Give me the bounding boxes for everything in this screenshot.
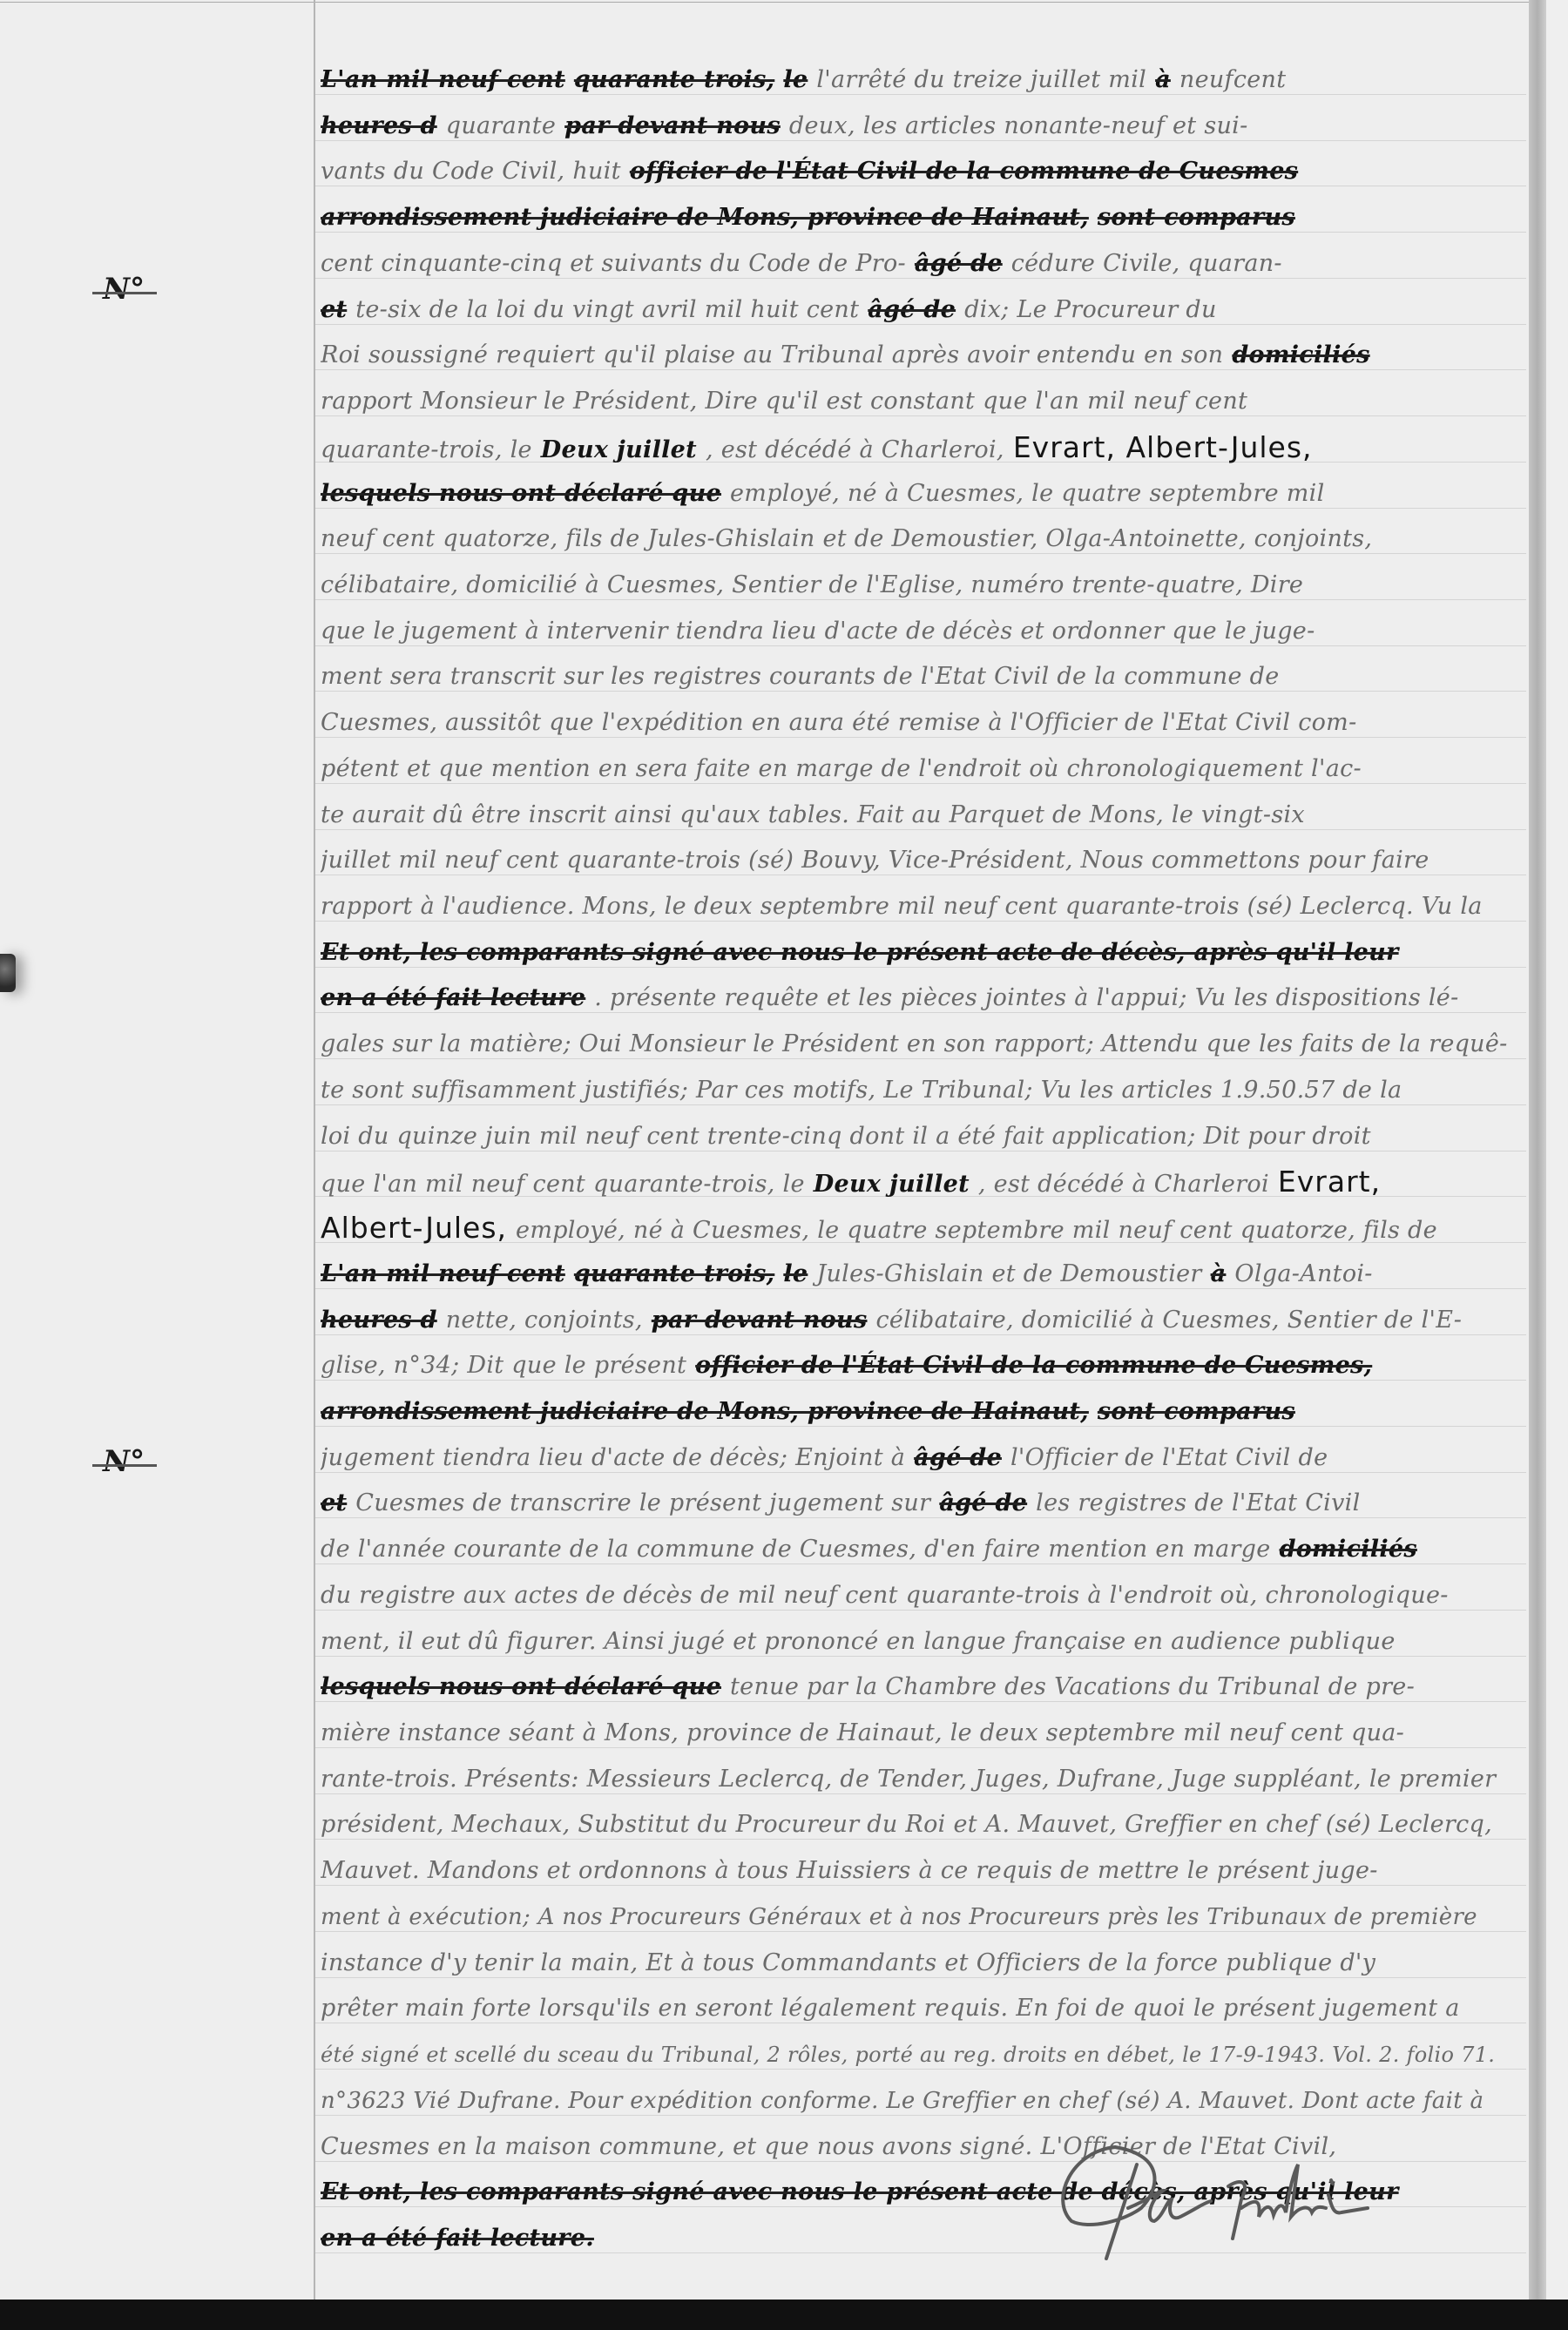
margin-rule — [314, 0, 315, 2300]
handwritten-text: te sont suffisamment justifiés; Par ces … — [321, 1077, 1402, 1104]
text-line: juillet mil neuf cent quarante-trois (sé… — [321, 834, 1527, 887]
struck-template-text: âgé de — [914, 1444, 1002, 1471]
handwritten-text: tenue par la Chambre des Vacations du Tr… — [730, 1673, 1415, 1700]
text-line: vants du Code Civil, huitofficier de l'É… — [321, 145, 1527, 198]
margin-number-label: N° — [103, 1444, 145, 1479]
handwritten-text: pétent et que mention en sera faite en m… — [321, 755, 1362, 782]
handwritten-text: n°3623 Vié Dufrane. Pour expédition conf… — [321, 2088, 1484, 2114]
handwritten-text: quarante-trois, le — [321, 436, 532, 463]
handwritten-text: ment, il eut dû figurer. Ainsi jugé et p… — [321, 1628, 1396, 1655]
text-line: président, Mechaux, Substitut du Procure… — [321, 1799, 1527, 1851]
death-date: Deux juillet — [541, 436, 697, 463]
struck-template-text: à — [1155, 66, 1171, 93]
struck-template-text: âgé de — [868, 296, 956, 323]
text-line: pétent et que mention en sera faite en m… — [321, 743, 1527, 795]
text-line: ment sera transcrit sur les registres co… — [321, 651, 1527, 703]
text-line: heures dnette, conjoints,par devant nous… — [321, 1294, 1527, 1347]
struck-template-text: heures d — [321, 112, 437, 139]
handwritten-text: , est décédé à Charleroi, — [706, 436, 1004, 463]
struck-template-text: et — [321, 1489, 347, 1516]
text-line: été signé et scellé du sceau du Tribunal… — [321, 2029, 1527, 2081]
text-line: célibataire, domicilié à Cuesmes, Sentie… — [321, 559, 1527, 611]
handwritten-text: Roi soussigné requiert qu'il plaise au T… — [321, 341, 1223, 368]
handwritten-text: l'Officier de l'Etat Civil de — [1010, 1444, 1328, 1471]
text-line: lesquels nous ont déclaré queemployé, né… — [321, 468, 1527, 520]
handwritten-text: Jules-Ghislain et de Demoustier — [816, 1260, 1201, 1287]
text-line: mière instance séant à Mons, province de… — [321, 1707, 1527, 1759]
handwritten-text: Cuesmes, aussitôt que l'expédition en au… — [321, 709, 1357, 736]
struck-template-text: Et ont, les comparants signé avec nous l… — [321, 939, 1399, 966]
text-line: Mauvet. Mandons et ordonnons à tous Huis… — [321, 1845, 1527, 1897]
handwritten-text: ment sera transcrit sur les registres co… — [321, 663, 1280, 690]
struck-template-text: L'an mil neuf cent — [321, 1260, 565, 1287]
struck-template-text: en a été fait lecture. — [321, 2225, 594, 2252]
struck-template-text: domiciliés — [1280, 1536, 1417, 1563]
struck-template-text: officier de l'État Civil de la commune d… — [695, 1352, 1372, 1379]
handwritten-text: de l'année courante de la commune de Cue… — [321, 1536, 1271, 1563]
handwritten-text: Mauvet. Mandons et ordonnons à tous Huis… — [321, 1857, 1378, 1884]
text-line: ette-six de la loi du vingt avril mil hu… — [321, 284, 1527, 336]
text-line: L'an mil neuf centquarante trois,leJules… — [321, 1248, 1527, 1300]
struck-template-text: par devant nous — [652, 1307, 868, 1334]
handwritten-text: les registres de l'Etat Civil — [1036, 1489, 1360, 1516]
struck-template-text: par devant nous — [564, 112, 781, 139]
scan-background — [0, 2300, 1568, 2330]
handwritten-text: te aurait dû être inscrit ainsi qu'aux t… — [321, 801, 1305, 828]
handwritten-text: rante-trois. Présents: Messieurs Leclerc… — [321, 1766, 1496, 1793]
text-line: du registre aux actes de décès de mil ne… — [321, 1570, 1527, 1622]
handwritten-text: du registre aux actes de décès de mil ne… — [321, 1582, 1449, 1609]
handwritten-text: neuf cent quatorze, fils de Jules-Ghisla… — [321, 525, 1372, 552]
struck-template-text: en a été fait lecture — [321, 984, 585, 1011]
text-line: rapport Monsieur le Président, Dire qu'i… — [321, 375, 1527, 428]
struck-template-text: lesquels nous ont déclaré que — [321, 1673, 721, 1700]
struck-template-text: âgé de — [939, 1489, 1027, 1516]
book-gutter — [1529, 0, 1546, 2317]
officer-signature — [1054, 2138, 1402, 2260]
handwritten-text: prêter main forte lorsqu'ils en seront l… — [321, 1995, 1460, 2022]
text-line: arrondissement judiciaire de Mons, provi… — [321, 192, 1527, 244]
text-line: ment, il eut dû figurer. Ainsi jugé et p… — [321, 1616, 1527, 1668]
text-line: de l'année courante de la commune de Cue… — [321, 1523, 1527, 1576]
text-line: n°3623 Vié Dufrane. Pour expédition conf… — [321, 2075, 1527, 2127]
text-line: Et ont, les comparants signé avec nous l… — [321, 927, 1527, 979]
handwritten-text: neufcent — [1179, 66, 1287, 93]
handwritten-text: loi du quinze juin mil neuf cent trente-… — [321, 1123, 1371, 1150]
text-line: rante-trois. Présents: Messieurs Leclerc… — [321, 1753, 1527, 1806]
handwritten-text: vants du Code Civil, huit — [321, 158, 621, 185]
top-edge — [0, 2, 1529, 3]
handwritten-text: instance d'y tenir la main, Et à tous Co… — [321, 1949, 1375, 1976]
text-line: Albert-Jules,employé, né à Cuesmes, le q… — [321, 1202, 1527, 1254]
handwritten-text: mière instance séant à Mons, province de… — [321, 1719, 1404, 1746]
text-line: L'an mil neuf centquarante trois,lel'arr… — [321, 54, 1527, 106]
deceased-name: Evrart, Albert-Jules, — [1013, 430, 1313, 464]
handwritten-text: employé, né à Cuesmes, le quatre septemb… — [516, 1217, 1437, 1244]
handwritten-text: cédure Civile, quaran- — [1011, 250, 1282, 277]
handwritten-text: président, Mechaux, Substitut du Procure… — [321, 1811, 1492, 1838]
text-line: que le jugement à intervenir tiendra lie… — [321, 605, 1527, 658]
struck-template-text: quarante trois, — [574, 1260, 774, 1287]
handwritten-text: , est décédé à Charleroi — [978, 1171, 1269, 1198]
handwritten-text: . présente requête et les pièces jointes… — [594, 984, 1458, 1011]
text-line: te sont suffisamment justifiés; Par ces … — [321, 1064, 1527, 1117]
handwritten-text: célibataire, domicilié à Cuesmes, Sentie… — [321, 571, 1303, 598]
text-line: etCuesmes de transcrire le présent jugem… — [321, 1477, 1527, 1530]
struck-template-text: L'an mil neuf cent — [321, 66, 565, 93]
margin-number-label: N° — [103, 272, 145, 307]
handwritten-text: que l'an mil neuf cent quarante-trois, l… — [321, 1171, 805, 1198]
handwritten-text: été signé et scellé du sceau du Tribunal… — [321, 2043, 1495, 2067]
handwritten-text: Cuesmes de transcrire le présent jugemen… — [355, 1489, 930, 1516]
text-line: lesquels nous ont déclaré quetenue par l… — [321, 1661, 1527, 1713]
handwritten-text: célibataire, domicilié à Cuesmes, Sentie… — [875, 1307, 1462, 1334]
struck-template-text: le — [783, 1260, 808, 1287]
text-line: glise, n°34; Dit que le présentofficier … — [321, 1340, 1527, 1392]
struck-template-text: et — [321, 296, 347, 323]
struck-template-text: arrondissement judiciaire de Mons, provi… — [321, 1398, 1089, 1425]
handwritten-text: l'arrêté du treize juillet mil — [816, 66, 1146, 93]
facing-page-edge — [1546, 0, 1568, 2330]
handwritten-text: rapport à l'audience. Mons, le deux sept… — [321, 893, 1483, 920]
handwritten-text: nette, conjoints, — [446, 1307, 643, 1334]
text-line: que l'an mil neuf cent quarante-trois, l… — [321, 1156, 1527, 1208]
handwritten-text: rapport Monsieur le Président, Dire qu'i… — [321, 388, 1247, 415]
text-line: cent cinquante-cinq et suivants du Code … — [321, 238, 1527, 290]
text-line: jugement tiendra lieu d'acte de décès; E… — [321, 1432, 1527, 1484]
struck-template-text: lesquels nous ont déclaré que — [321, 480, 721, 507]
struck-template-text: officier de l'État Civil de la commune d… — [630, 158, 1298, 185]
handwritten-text: dix; Le Procureur du — [964, 296, 1217, 323]
text-line: quarante-trois, leDeux juillet, est décé… — [321, 422, 1527, 474]
handwritten-text: juillet mil neuf cent quarante-trois (sé… — [321, 847, 1429, 874]
text-line: instance d'y tenir la main, Et à tous Co… — [321, 1937, 1527, 1989]
struck-template-text: domiciliés — [1232, 341, 1369, 368]
handwritten-text: employé, né à Cuesmes, le quatre septemb… — [730, 480, 1325, 507]
text-line: rapport à l'audience. Mons, le deux sept… — [321, 881, 1527, 933]
handwritten-text: jugement tiendra lieu d'acte de décès; E… — [321, 1444, 905, 1471]
struck-template-text: le — [783, 66, 808, 93]
struck-template-text: heures d — [321, 1307, 437, 1334]
text-line: gales sur la matière; Oui Monsieur le Pr… — [321, 1018, 1527, 1070]
text-line: neuf cent quatorze, fils de Jules-Ghisla… — [321, 513, 1527, 565]
text-line: heures dquarantepar devant nousdeux, les… — [321, 100, 1527, 152]
handwritten-text: que le jugement à intervenir tiendra lie… — [321, 618, 1315, 645]
deceased-name: Evrart, — [1278, 1165, 1381, 1199]
handwritten-text: ment à exécution; A nos Procureurs Génér… — [321, 1904, 1477, 1930]
text-line: Roi soussigné requiert qu'il plaise au T… — [321, 329, 1527, 382]
handwritten-text: glise, n°34; Dit que le présent — [321, 1352, 686, 1379]
text-line: Cuesmes, aussitôt que l'expédition en au… — [321, 697, 1527, 749]
handwritten-text: cent cinquante-cinq et suivants du Code … — [321, 250, 906, 277]
struck-template-text: sont comparus — [1098, 204, 1295, 231]
text-line: arrondissement judiciaire de Mons, provi… — [321, 1386, 1527, 1438]
death-date: Deux juillet — [814, 1171, 970, 1198]
register-page: N° N° L'an mil neuf centquarante trois,l… — [0, 0, 1529, 2304]
deceased-name: Albert-Jules, — [321, 1211, 507, 1245]
text-line: te aurait dû être inscrit ainsi qu'aux t… — [321, 789, 1527, 841]
handwritten-text: quarante — [446, 112, 556, 139]
handwritten-text: te-six de la loi du vingt avril mil huit… — [355, 296, 859, 323]
text-line: ment à exécution; A nos Procureurs Génér… — [321, 1891, 1527, 1943]
struck-template-text: quarante trois, — [574, 66, 774, 93]
text-line: prêter main forte lorsqu'ils en seront l… — [321, 1982, 1527, 2035]
text-line: en a été fait lecture. présente requête … — [321, 972, 1527, 1024]
binding-clip — [0, 954, 16, 992]
struck-template-text: à — [1211, 1260, 1227, 1287]
handwritten-text: deux, les articles nonante-neuf et sui- — [789, 112, 1248, 139]
handwritten-text: Olga-Antoi- — [1234, 1260, 1372, 1287]
text-line: loi du quinze juin mil neuf cent trente-… — [321, 1111, 1527, 1163]
handwritten-text: gales sur la matière; Oui Monsieur le Pr… — [321, 1030, 1508, 1057]
struck-template-text: sont comparus — [1098, 1398, 1295, 1425]
struck-template-text: arrondissement judiciaire de Mons, provi… — [321, 204, 1089, 231]
struck-template-text: âgé de — [915, 250, 1003, 277]
